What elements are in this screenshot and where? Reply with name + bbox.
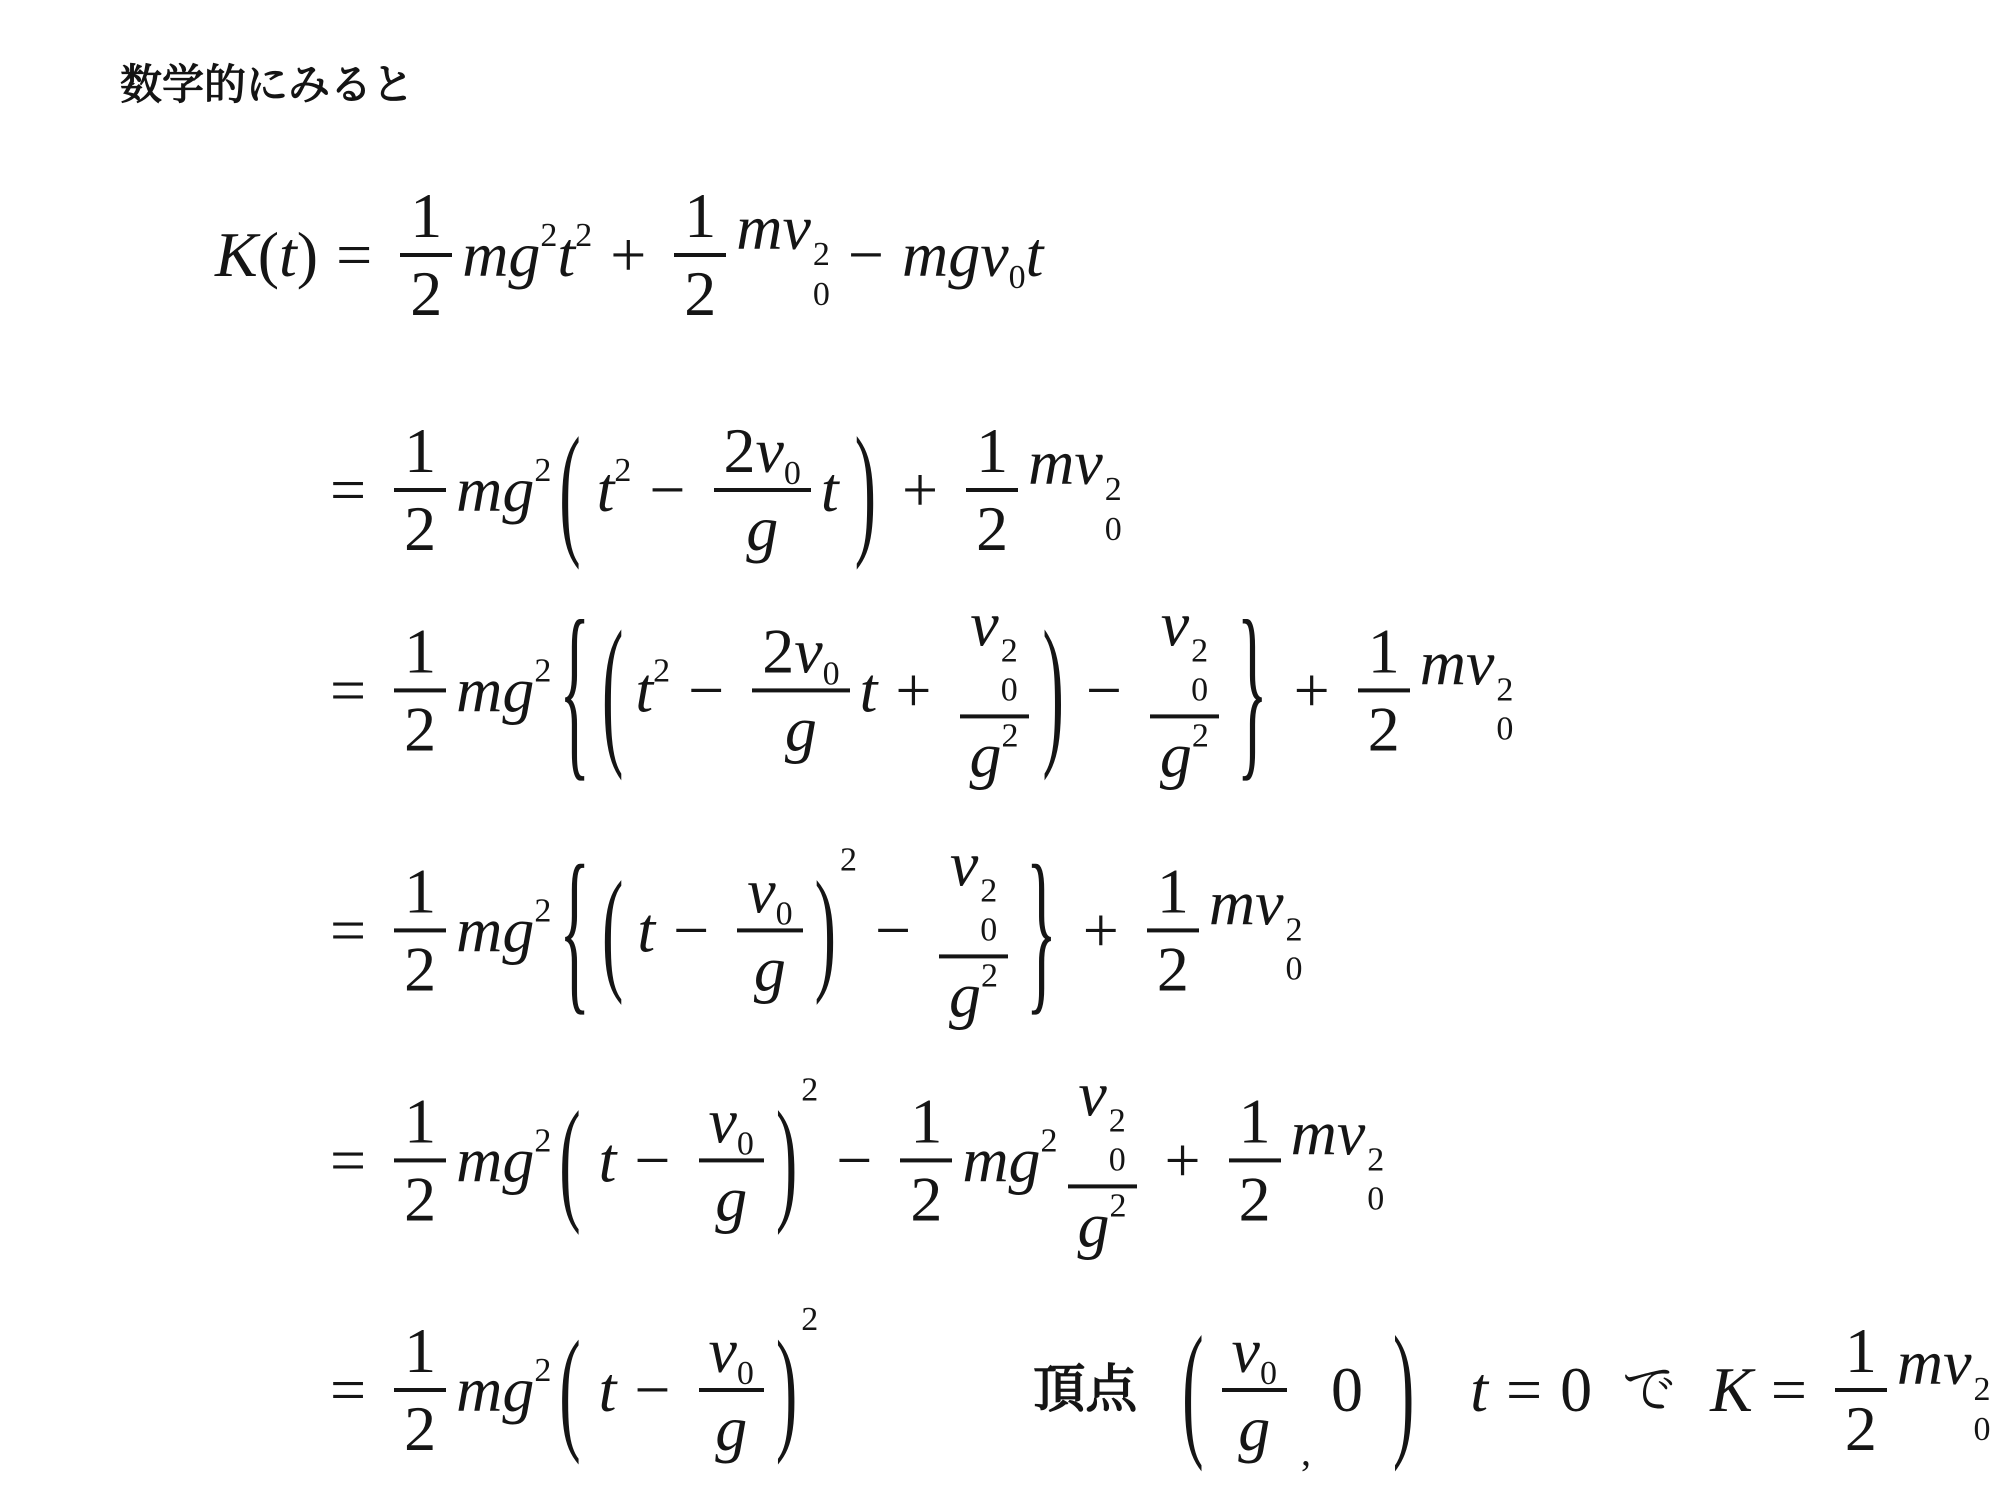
fraction-one-half: 12: [900, 1084, 952, 1236]
minus-sign: −: [634, 1128, 670, 1192]
vertex-comma: ,: [1301, 1432, 1311, 1472]
vertex-open-paren: (: [1182, 1315, 1203, 1465]
minus-sign: −: [673, 898, 709, 962]
math-token-mv02: mv20: [1028, 431, 1122, 548]
math-token-t: t: [599, 1128, 617, 1192]
big-open-paren: (: [602, 607, 623, 773]
minus-sign: −: [875, 898, 911, 962]
equation-line-2: = 12 mg2 ( t2 − 2v0g t ) + 12 mv20: [330, 414, 1122, 566]
vertex-label: 頂点: [1033, 1364, 1137, 1416]
fraction-v02-g2: v20g2: [1150, 587, 1219, 792]
math-token-t: t: [860, 658, 878, 722]
math-token-mg2: mg2: [456, 1358, 551, 1422]
math-token-mv02: mv20: [1420, 631, 1514, 748]
equals-sign: =: [1771, 1358, 1807, 1422]
big-close-paren: ): [815, 861, 836, 999]
big-open-brace: {: [559, 592, 590, 787]
plus-sign: +: [1294, 658, 1330, 722]
equation-line-1: K(t) = 12 mg2t2 + 12 mv20 − mgv0t: [215, 179, 1043, 331]
fraction-one-half: 12: [394, 1314, 446, 1466]
vertex-zero: 0: [1331, 1358, 1363, 1422]
math-token-mg2: mg2: [456, 898, 551, 962]
paren-square-exponent: 2: [801, 1303, 818, 1337]
equals-sign: =: [330, 658, 366, 722]
fraction-one-half: 12: [1229, 1084, 1281, 1236]
big-close-paren: ): [776, 1321, 797, 1459]
math-token-t: t: [821, 458, 839, 522]
equation-line-3: = 12 mg2 { ( t2 − 2v0g t + v20g2 ) − v20…: [330, 587, 1513, 792]
plus-sign: +: [610, 223, 646, 287]
fraction-v02-g2: v20g2: [939, 827, 1008, 1032]
particle-de: で: [1622, 1363, 1676, 1417]
math-token-mg2: mg2: [962, 1128, 1057, 1192]
math-token-mv02: mv20: [1897, 1331, 1991, 1448]
fraction-2v0-g: 2v0g: [752, 614, 849, 766]
big-open-brace: {: [559, 839, 590, 1021]
equals-sign: =: [330, 458, 366, 522]
math-token-t: t: [637, 898, 655, 962]
plus-sign: +: [1165, 1128, 1201, 1192]
math-token-t: t: [599, 1358, 617, 1422]
math-token-mg2t2: mg2t2: [462, 223, 592, 287]
big-open-paren: (: [559, 416, 580, 563]
paren-square-exponent: 2: [840, 843, 857, 877]
fraction-2v0-g: 2v0g: [714, 414, 811, 566]
plus-sign: +: [1083, 898, 1119, 962]
equals-sign: =: [330, 1128, 366, 1192]
fraction-v02-g2: v20g2: [960, 587, 1029, 792]
equation-line-4: = 12 mg2 { ( t − v0g ) 2 − v20g2 } + 12 …: [330, 827, 1302, 1032]
fraction-v02-g2: v20g2: [1068, 1057, 1137, 1262]
fraction-one-half: 12: [1147, 854, 1199, 1006]
math-token-Kt: K(t): [215, 223, 318, 287]
fraction-v0-g: v0g: [699, 1084, 764, 1236]
vertex-close-paren: ): [1393, 1315, 1414, 1465]
big-close-brace: }: [1026, 839, 1057, 1021]
equals-sign: =: [330, 1358, 366, 1422]
equation-line-5: = 12 mg2 ( t − v0g ) 2 − 12 mg2 v20g2 + …: [330, 1057, 1384, 1262]
minus-sign: −: [848, 223, 884, 287]
big-open-paren: (: [559, 1321, 580, 1459]
minus-sign: −: [1086, 658, 1122, 722]
fraction-v0-g: v0g: [1222, 1314, 1287, 1466]
math-token-mg2: mg2: [456, 458, 551, 522]
fraction-v0-g: v0g: [737, 854, 802, 1006]
plus-sign: +: [902, 458, 938, 522]
plus-sign: +: [895, 658, 931, 722]
fraction-one-half: 12: [674, 179, 726, 331]
math-token-mv02: mv20: [1291, 1101, 1385, 1218]
fraction-one-half: 12: [394, 414, 446, 566]
page-title: 数学的にみると: [120, 52, 414, 112]
fraction-one-half: 12: [966, 414, 1018, 566]
fraction-one-half: 12: [1835, 1314, 1887, 1466]
fraction-one-half: 12: [1358, 614, 1410, 766]
minus-sign: −: [634, 1358, 670, 1422]
minus-sign: −: [836, 1128, 872, 1192]
fraction-one-half: 12: [394, 614, 446, 766]
math-token-K: K: [1710, 1358, 1753, 1422]
math-token-t-equals-0: t=0: [1470, 1358, 1592, 1422]
math-token-mv02: mv20: [736, 196, 830, 313]
big-close-paren: ): [855, 416, 876, 563]
math-token-mv02: mv20: [1209, 871, 1303, 988]
big-open-paren: (: [602, 861, 623, 999]
math-token-mg2: mg2: [456, 658, 551, 722]
big-close-paren: ): [1043, 607, 1064, 773]
equals-sign: =: [330, 898, 366, 962]
minus-sign: −: [688, 658, 724, 722]
equation-line-6: = 12 mg2 ( t − v0g ) 2 頂点 ( v0g , 0 ) t=…: [330, 1314, 1991, 1466]
fraction-v0-g: v0g: [699, 1314, 764, 1466]
equals-sign: =: [336, 223, 372, 287]
math-token-mgv0t: mgv0t: [902, 223, 1043, 287]
big-open-paren: (: [559, 1091, 580, 1229]
math-token-mg2: mg2: [456, 1128, 551, 1192]
paren-square-exponent: 2: [801, 1073, 818, 1107]
document-page: 数学的にみると K(t) = 12 mg2t2 + 12 mv20 − mgv0…: [0, 0, 2001, 1501]
math-token-t2: t2: [635, 658, 670, 722]
math-token-t2: t2: [597, 458, 632, 522]
fraction-one-half: 12: [394, 854, 446, 1006]
minus-sign: −: [649, 458, 685, 522]
big-close-brace: }: [1237, 592, 1268, 787]
big-close-paren: ): [776, 1091, 797, 1229]
fraction-one-half: 12: [394, 1084, 446, 1236]
fraction-one-half: 12: [400, 179, 452, 331]
